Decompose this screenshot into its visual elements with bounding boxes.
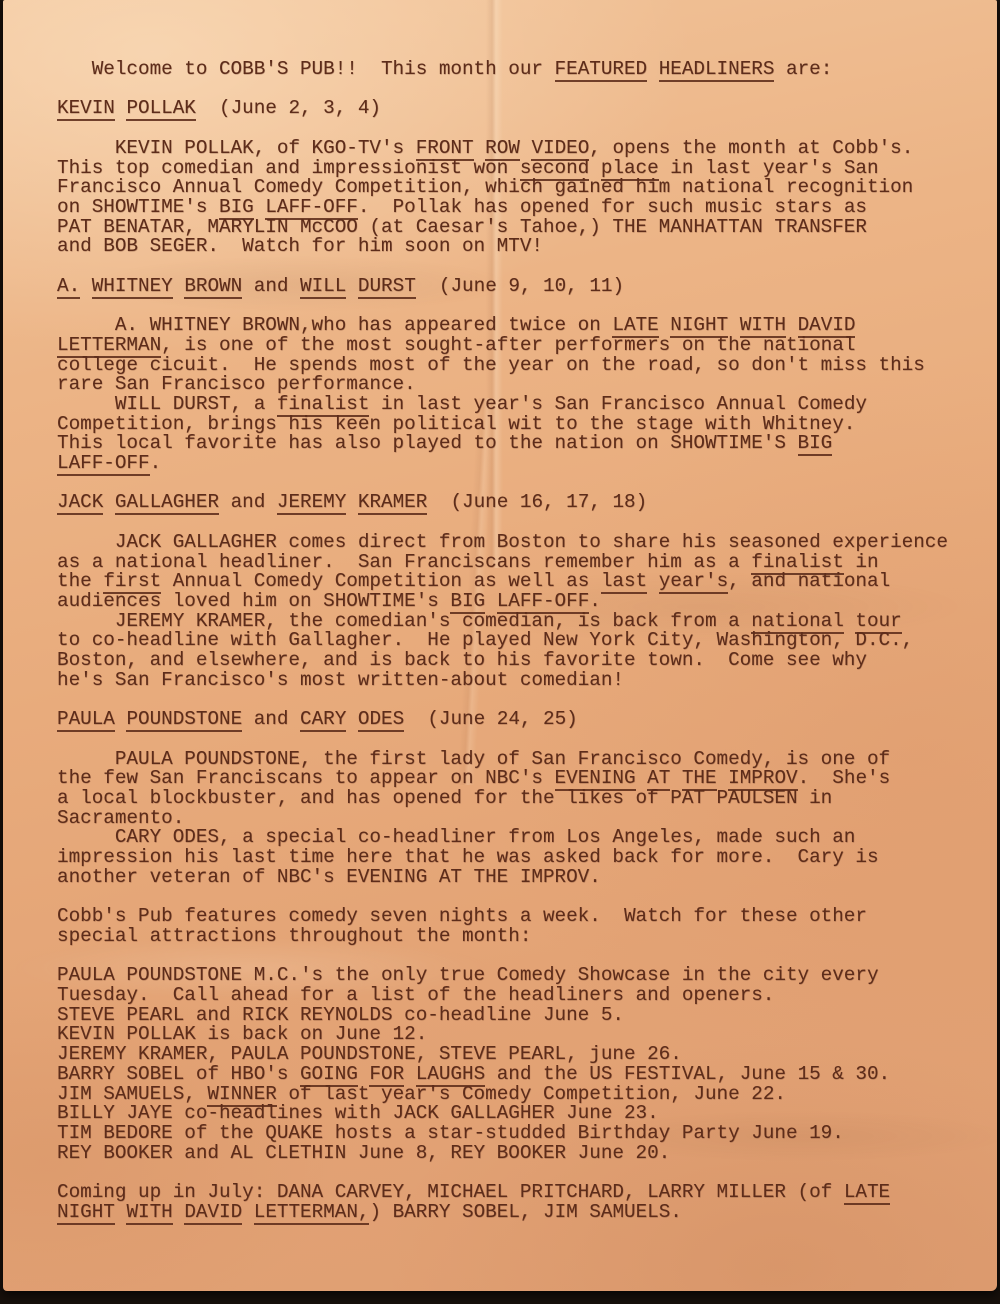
text-line	[57, 513, 977, 533]
underlined-text: LETTERMAN,	[254, 1201, 370, 1225]
underlined-text: POLLAK	[126, 97, 195, 121]
text-line: on SHOWTIME's BIG LAFF-OFF. Pollak has o…	[57, 198, 977, 218]
text-line: JACK GALLAGHER and JEREMY KRAMER (June 1…	[57, 493, 977, 513]
text-line: PAULA POUNDSTONE and CARY ODES (June 24,…	[57, 710, 977, 730]
text-line: Tuesday. Call ahead for a list of the he…	[57, 986, 977, 1006]
text-line: rare San Francisco performance.	[57, 375, 977, 395]
document-text: Welcome to COBB'S PUB!! This month our F…	[57, 60, 977, 1222]
text-line: another veteran of NBC's EVENING AT THE …	[57, 868, 977, 888]
underlined-text: HEADLINERS	[659, 58, 775, 82]
text-line: TIM BEDORE of the QUAKE hosts a star-stu…	[57, 1124, 977, 1144]
underlined-text: LATE	[844, 1181, 890, 1205]
paper-page: Welcome to COBB'S PUB!! This month our F…	[3, 0, 997, 1291]
underlined-text: DURST	[358, 275, 416, 299]
text-line: KEVIN POLLAK (June 2, 3, 4)	[57, 99, 977, 119]
text-line: LETTERMAN, is one of the most sought-aft…	[57, 336, 977, 356]
text-line: BILLY JAYE co-headlines with JACK GALLAG…	[57, 1104, 977, 1124]
underlined-text: JEREMY	[277, 491, 346, 515]
underlined-text: POUNDSTONE	[126, 708, 242, 732]
text-line: JACK GALLAGHER comes direct from Boston …	[57, 533, 977, 553]
text-line: and BOB SEGER. Watch for him soon on MTV…	[57, 237, 977, 257]
underlined-text: GALLAGHER	[115, 491, 219, 515]
text-line	[57, 119, 977, 139]
photo-backdrop: { "colors": { "paper": "#e9af80", "ink":…	[0, 0, 1000, 1304]
text-line: Boston, and elsewhere, and is back to hi…	[57, 651, 977, 671]
text-line: Francisco Annual Comedy Competition, whi…	[57, 178, 977, 198]
text-line: BARRY SOBEL of HBO's GOING FOR LAUGHS an…	[57, 1065, 977, 1085]
text-line: a local blockbuster, and has opened for …	[57, 789, 977, 809]
underlined-text: LAFF-OFF	[57, 452, 150, 476]
text-line: REY BOOKER and AL CLETHIN June 8, REY BO…	[57, 1144, 977, 1164]
text-line: impression his last time here that he wa…	[57, 848, 977, 868]
text-line: special attractions throughout the month…	[57, 927, 977, 947]
underlined-text: NIGHT	[57, 1201, 115, 1225]
text-line: audiences loved him on SHOWTIME's BIG LA…	[57, 592, 977, 612]
text-line: Welcome to COBB'S PUB!! This month our F…	[57, 60, 977, 80]
text-line	[57, 257, 977, 277]
underlined-text: WHITNEY	[92, 275, 173, 299]
text-line	[57, 730, 977, 750]
text-line: KEVIN POLLAK, of KGO-TV's FRONT ROW VIDE…	[57, 139, 977, 159]
underlined-text: last	[601, 570, 647, 594]
text-line: Coming up in July: DANA CARVEY, MICHAEL …	[57, 1183, 977, 1203]
underlined-text: year's	[659, 570, 728, 594]
text-line: Cobb's Pub features comedy seven nights …	[57, 907, 977, 927]
underlined-text: KRAMER	[358, 491, 427, 515]
underlined-text: WITH	[126, 1201, 172, 1225]
text-line: A. WHITNEY BROWN and WILL DURST (June 9,…	[57, 277, 977, 297]
underlined-text: DAVID	[184, 1201, 242, 1225]
text-line: WILL DURST, a finalist in last year's Sa…	[57, 395, 977, 415]
text-line: NIGHT WITH DAVID LETTERMAN,) BARRY SOBEL…	[57, 1203, 977, 1223]
underlined-text: WILL	[300, 275, 346, 299]
text-line: JEREMY KRAMER, PAULA POUNDSTONE, STEVE P…	[57, 1045, 977, 1065]
text-line: LAFF-OFF.	[57, 454, 977, 474]
underlined-text: ODES	[358, 708, 404, 732]
underlined-text: FEATURED	[555, 58, 648, 82]
underlined-text: BROWN	[184, 275, 242, 299]
text-line: A. WHITNEY BROWN,who has appeared twice …	[57, 316, 977, 336]
text-line: This local favorite has also played to t…	[57, 434, 977, 454]
underlined-text: CARY	[300, 708, 346, 732]
text-line: he's San Francisco's most written-about …	[57, 671, 977, 691]
underlined-text: BIG	[798, 432, 833, 456]
